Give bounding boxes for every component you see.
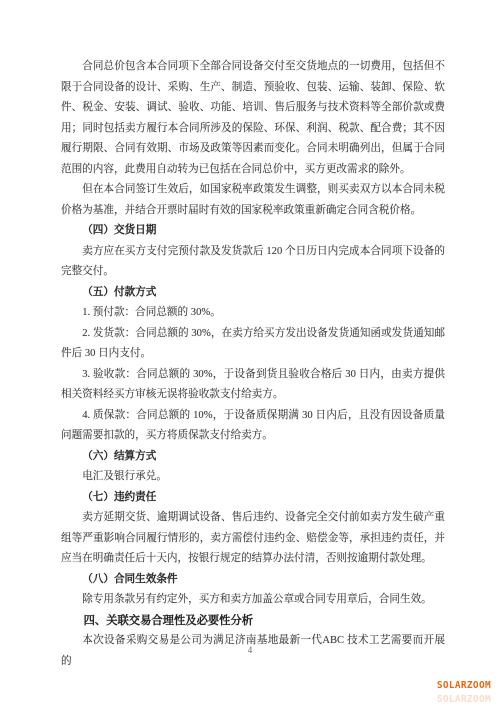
- paragraph-effective-conditions: 除专用条款另有约定外，买方和卖方加盖公章或合同专用章后，合同生效。: [61, 590, 445, 611]
- paragraph-settlement-method: 电汇及银行承兑。: [61, 467, 445, 488]
- heading-section4-delivery-date: （四）交货日期: [61, 221, 445, 242]
- list-item-advance-payment: 1. 预付款：合同总额的 30%。: [61, 303, 445, 324]
- paragraph-contract-total-price: 合同总价包含本合同项下全部合同设备交付至交货地点的一切费用，包括但不限于合同设备…: [61, 57, 445, 180]
- list-item-shipment-payment: 2. 发货款：合同总额的 30%，在卖方给买方发出设备发货通知函或发货通知邮件后…: [61, 324, 445, 365]
- solarzoom-watermark: SOLARZOOM SOLARZOOM: [437, 681, 491, 705]
- list-item-acceptance-payment: 3. 验收款：合同总额的 30%，于设备到货且验收合格后 30 日内，由卖方提供…: [61, 365, 445, 406]
- paragraph-tax-policy-adjustment: 但在本合同签订生效后，如国家税率政策发生调整，则买卖双方以本合同未税价格为基准，…: [61, 180, 445, 221]
- paragraph-delivery-date: 卖方应在买方支付完预付款及发货款后 120 个日历日内完成本合同项下设备的完整交…: [61, 242, 445, 283]
- heading-section6-settlement-method: （六）结算方式: [61, 447, 445, 468]
- page-number: 4: [0, 645, 500, 655]
- heading-chapter4-related-transaction-analysis: 四、关联交易合理性及必要性分析: [61, 611, 445, 632]
- heading-section7-breach-liability: （七）违约责任: [61, 488, 445, 509]
- watermark-text: SOLARZOOM: [437, 681, 491, 691]
- watermark-echo-text: SOLARZOOM: [437, 695, 491, 705]
- heading-section5-payment-method: （五）付款方式: [61, 283, 445, 304]
- list-item-warranty-payment: 4. 质保款：合同总额的 10%，于设备质保期满 30 日内后，且没有因设备质量…: [61, 406, 445, 447]
- heading-section8-effective-conditions: （八）合同生效条件: [61, 570, 445, 591]
- paragraph-breach-liability: 卖方延期交货、逾期调试设备、售后违约、设备完全交付前如卖方发生破产重组等严重影响…: [61, 508, 445, 570]
- document-page: 合同总价包含本合同项下全部合同设备交付至交货地点的一切费用，包括但不限于合同设备…: [0, 0, 500, 707]
- contract-text-body: 合同总价包含本合同项下全部合同设备交付至交货地点的一切费用，包括但不限于合同设备…: [61, 57, 445, 672]
